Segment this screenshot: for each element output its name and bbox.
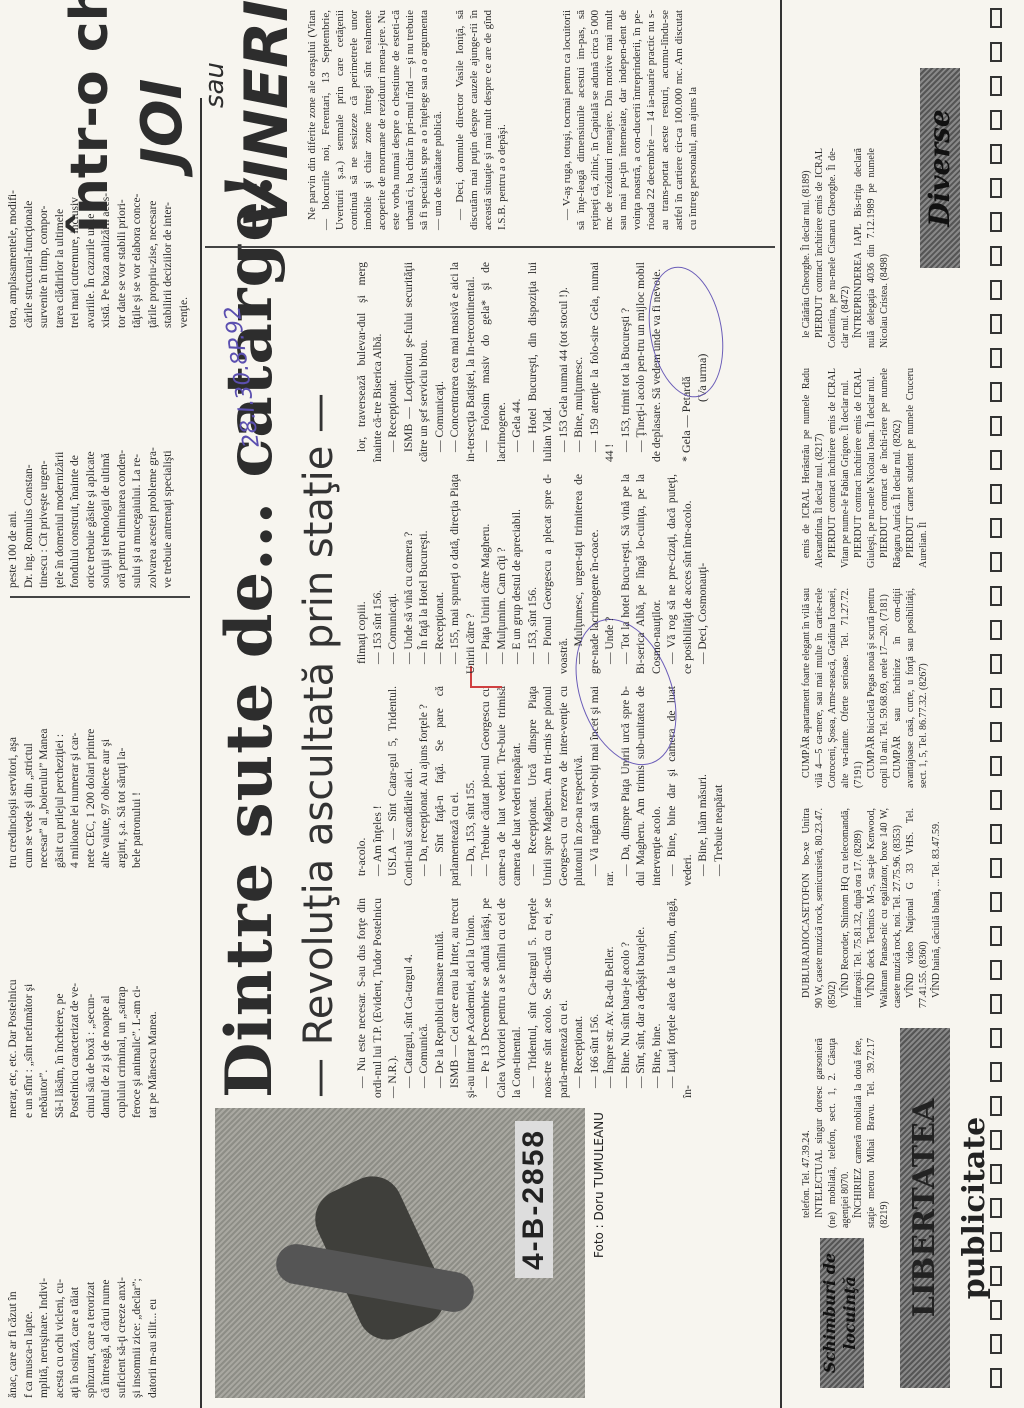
dialogue-line: — Deci, Cosmonauţi-: [696, 474, 712, 674]
text-line: ve trebuie antrenaţi specialişti: [161, 338, 177, 588]
article-subtitle: — Revoluţia ascultată prin staţie —: [296, 393, 342, 1098]
text-line: fondului construit, înainte de: [68, 338, 84, 588]
paragraph: Ne parvin din diferite zone ale oraşului…: [305, 10, 445, 230]
section-divider: [780, 0, 782, 1408]
ad-text: PIERDUT contract închiriere emis de ICRA…: [852, 368, 878, 568]
dialogue-line: — 166 sînt 156.: [588, 898, 604, 1098]
dialogue-line: — Da, 153, sînt 155.: [464, 686, 480, 886]
text-line: găsit cu prilejul percheziţiei :: [53, 608, 69, 868]
diverse-header: Diverse: [920, 68, 960, 268]
text-line: cinul său de boxă : „secun-: [84, 878, 100, 1118]
article-column-1: — Nu este necesar. S-au dus forţe din or…: [355, 898, 696, 1098]
text-line: spînzurat, care a terorizat: [84, 1128, 100, 1398]
text-line: ţele în domeniul modernizării: [53, 338, 69, 588]
text-line: argint, ş.a. Să tot săruţi la-: [115, 608, 131, 868]
dialogue-line: — 153 sînt 156.: [371, 474, 387, 674]
dialogue-line: — 159 atenţie la folo-sire Gela, numai 4…: [588, 262, 619, 462]
left-column-3: tru credincioşii servitori, aşa cum se v…: [6, 608, 196, 868]
dialogue-line: — Mulţumim. Cam cîţi ?: [495, 474, 511, 674]
schimburi-header: Schimburi de locuinţă: [820, 1238, 864, 1388]
dialogue-line: — Înspre str. Av. Ra-du Beller.: [603, 898, 619, 1098]
classifieds-col-5: le Cătărău Gheorghe. Îl declar nul. (818…: [800, 148, 891, 348]
dialogue-line: — Recepţionat.: [433, 474, 449, 674]
left-column-1: ănac, care ar fi căzut în f ca musca-n l…: [6, 1128, 196, 1398]
dialogue-line: — Am înţeles !: [371, 686, 387, 886]
text-line: feroce şi animalic”. L-am ci-: [130, 878, 146, 1118]
dialogue-line: — Luaţi forţele alea de la Union, dragă,…: [665, 898, 696, 1098]
column-divider: [205, 247, 775, 249]
photo-credit: Foto : Doru TUMULEANU: [592, 1112, 606, 1258]
text-line: tat pe Mănescu Manea.: [146, 878, 162, 1118]
article-column-3: filmaţi copiii. — 153 sînt 156. — Comuni…: [355, 474, 712, 674]
dialogue-line: — Sînt faţă-n faţă. Se pare că parlament…: [433, 686, 464, 886]
license-plate: 4-B-2858: [515, 1121, 553, 1278]
classifieds-col-3: CUMPĂR apartament foarte elegant în vilă…: [800, 588, 930, 788]
dialogue-line: filmaţi copiii.: [355, 474, 371, 674]
dialogue-line: — Piaţa Unirii către Magheru.: [479, 474, 495, 674]
text-line: şi insomnii zice: „declar”;: [130, 1128, 146, 1398]
dialogue-line: — Recepţionat.: [386, 262, 402, 462]
text-line: suficient să-ţi creeze anxi-: [115, 1128, 131, 1398]
right-article-column-1: Ne parvin din diferite zone ale oraşului…: [305, 10, 509, 230]
dialogue-line: — Tot la hotel Bucu-reşti. Să vină pe la…: [619, 474, 666, 674]
ad-text: INTELECTUAL singur doresc garsonieră (ne…: [813, 1038, 852, 1228]
dialogue-line: — Tridentul, sînt Ca-targul 5. Forţele n…: [526, 898, 573, 1098]
ad-text: telefon. Tel. 47.39.24.: [800, 1038, 813, 1228]
dialogue-line: — Pe 13 Decembrie se adună iarăşi, pe Ca…: [479, 898, 526, 1098]
text-line: 4 milioane lei numerar şi car-: [68, 608, 84, 868]
dialogue-line: — Da, recepţionat. Au ajuns forţele ?: [417, 686, 433, 886]
dialogue-line: ISMB — Cei care erau la Inter, au trecut…: [448, 898, 479, 1098]
dialogue-line: — De la Republicii masare multă.: [433, 898, 449, 1098]
dialogue-line: — Folosim masiv do gela* şi de lacrimoge…: [479, 262, 510, 462]
section-divider: [200, 98, 202, 1408]
classifieds-col-4: emis de ICRAL Herăstrău pe numele Radu A…: [800, 368, 930, 568]
dialogue-line: — Trebuie neapărat: [712, 686, 728, 886]
dialogue-line: — Nu este necesar. S-au dus forţe din or…: [355, 898, 402, 1098]
ad-text: CUMPĂR bicicletă Pegas nouă şi scurtă pe…: [865, 588, 891, 788]
text-line: datorii m-au silit... eu: [146, 1128, 162, 1398]
text-line: ănac, care ar fi căzut în: [6, 1128, 22, 1398]
column-divider: [10, 597, 190, 599]
dialogue-line: — Trebuie căutat pio-nul Georgescu cu ca…: [479, 686, 526, 886]
text-line: orice trebuie găsite şi aplicate: [84, 338, 100, 588]
ad-text: PIERDUT contract închiriere emis de ICRA…: [813, 148, 852, 348]
dialogue-line: — Comunicaţi.: [433, 262, 449, 462]
libertatea-header: LIBERTATEA publicitate: [900, 1028, 950, 1388]
ad-text: PIERDUT contract închiriere emis de ICRA…: [826, 368, 852, 568]
ad-text: PIERDUT carnet student pe numele Crucеru…: [904, 368, 930, 568]
text-line: alte valute, 97 obiecte aur şi: [99, 608, 115, 868]
text-line: zolvarea acestei probleme gra-: [146, 338, 162, 588]
right-article-column-2: — V-aş ruga, totuşi, tocmai pentru ca lo…: [560, 10, 700, 230]
headline-sau: sau: [200, 62, 230, 108]
article-photo: 4-B-2858: [215, 1108, 585, 1398]
text-line: nebăutor”.: [37, 878, 53, 1118]
dialogue-line: — E un grup destul de apreciabil.: [510, 474, 526, 674]
dialogue-line: — Comunicaţi.: [386, 474, 402, 674]
dialogue-line: — Mulţumesc, urgen-taţi trimiterea de gr…: [572, 474, 603, 674]
dialogue-line: — Sînt, sînt, dar a depăşit barajele.: [634, 898, 650, 1098]
dialogue-line: — Concentrarea cea mai masivă e aici la …: [448, 262, 479, 462]
ad-text: ÎNCHIRIEZ cameră mobilată la două fete, …: [852, 1038, 891, 1228]
dialogue-line: — Recepţionat. Urcă dinspre Piaţa Unirii…: [526, 686, 588, 886]
dialogue-line: — 153, trimit tot la Bucureşti ?: [619, 262, 635, 462]
ad-text: VÎND haină, căciulă blană, ... Tel. 83.4…: [930, 808, 943, 1008]
classifieds-col-1: telefon. Tel. 47.39.24. INTELECTUAL sing…: [800, 1038, 891, 1228]
dialogue-line: — Vă rog să ne pre-cizaţi, dacă puteţi, …: [665, 474, 696, 674]
text-line: tru credincioşii servitori, aşa: [6, 608, 22, 868]
newspaper-page: ănac, care ar fi căzut în f ca musca-n l…: [0, 0, 1024, 1408]
text-line: cum se vede şi din „strictul: [22, 608, 38, 868]
ad-text: ÎNTREPRINDEREA IAPL Bis-triţa declară nu…: [852, 148, 891, 348]
classifieds-col-2: DUBLURADIOCASETOFON bo-xe Unitra 90 W, c…: [800, 808, 943, 1008]
text-line: Postelnicu caracterizat de ve-: [68, 878, 84, 1118]
dialogue-line: — Hotel Bucureşti, din dispoziţia lui Iu…: [526, 262, 557, 462]
text-line: nete CEC, 1 200 dolari printre: [84, 608, 100, 868]
ad-text: CUMPĂR apartament foarte elegant în vilă…: [800, 588, 865, 788]
left-column-2: merar, etc, etc. Dar Postelnicu e un sfî…: [6, 878, 196, 1118]
dialogue-line: — Bine, luăm măsuri.: [696, 686, 712, 886]
dialogue-line: — În faţă la Hotel Bucureşti.: [417, 474, 433, 674]
dialogue-line: — Catargul, sînt Ca-targul 4.: [402, 898, 418, 1098]
text-line: tinescu : Cît priveşte urgen-: [37, 338, 53, 588]
text-line: soluţii şi tehnologii de ultimă: [99, 338, 115, 588]
text-line: că întreagă, al cărui nume: [99, 1128, 115, 1398]
text-line: f ca musca-n lapte.: [22, 1128, 38, 1398]
dialogue-line: — Unde să vină cu camera ?: [402, 474, 418, 674]
text-line: tora, amplasamentele, modifi-: [6, 108, 22, 328]
dialogue-line: tr-acolo.: [355, 686, 371, 886]
ad-text: VÎND deck Technics M-5, sta-ţie Kenwood,…: [865, 808, 904, 1008]
dialogue-line: USLA — Sînt Catar-gul 5, Tridentul. Cont…: [386, 686, 417, 886]
text-line: peste 100 de ani.: [6, 338, 22, 588]
dialogue-line: — Bine, bine.: [650, 898, 666, 1098]
text-line: survenite în timp, compor-: [37, 108, 53, 328]
left-column-4: peste 100 de ani. Dr. ing. Romulus Const…: [6, 338, 196, 588]
text-line: mplită, neruşinare. Indivi-: [37, 1128, 53, 1398]
ad-text: PIERDUT contract de închi-riere pe numel…: [878, 368, 904, 568]
text-line: dantul de zi şi de noapte al: [99, 878, 115, 1118]
ad-text: VÎND video Naţional G 33 VHS. Tel. 77.41…: [904, 808, 930, 1008]
text-line: Să-l lăsăm, în încheiere, pe: [53, 878, 69, 1118]
text-line: oră pentru eliminarea conden-: [115, 338, 131, 588]
text-line: cările structural-funcţionale: [22, 108, 38, 328]
paragraph: — V-aş ruga, totuşi, tocmai pentru ca lo…: [560, 10, 700, 230]
dialogue-line: — Gela 44.: [510, 262, 526, 462]
paragraph: — Deci, domnule director Vasile Ioniţă, …: [453, 10, 509, 230]
dialogue-line: — Pionul Georgescu a plecat spre d-voast…: [541, 474, 572, 674]
dialogue-line: ISMB — Locţiitorul şe-fului securităţii …: [402, 262, 433, 462]
ad-text: le Cătărău Gheorghe. Îl declar nul. (818…: [800, 148, 813, 348]
ad-text: CUMPĂR sau închiriez în con-diţii avanta…: [891, 588, 930, 788]
dialogue-line: — 153, sînt 156.: [526, 474, 542, 674]
headline-vineri: VINERI: [232, 0, 302, 228]
dialogue-line: — 155, mai spuneţi o dată, direcţia Piaţ…: [448, 474, 479, 674]
headline-joi: JOI: [130, 79, 195, 168]
dialogue-line: — Bine, mulţumesc.: [572, 262, 588, 462]
text-line: cuplului criminal, un „satrap: [115, 878, 131, 1118]
text-line: e un sfînt : „sînt nefumător şi: [22, 878, 38, 1118]
text-line: aţi în osinză, care a tăiat: [68, 1128, 84, 1398]
text-line: sului şi a mucegaiului. La re-: [130, 338, 146, 588]
dialogue-line: lor, traversează bulevar-dul şi merg îna…: [355, 262, 386, 462]
ad-text: VÎND Recorder, Shintom HQ cu telecomandă…: [839, 808, 865, 1008]
dialogue-line: — Comunică.: [417, 898, 433, 1098]
ad-text: emis de ICRAL Herăstrău pe numele Radu A…: [800, 368, 826, 568]
dialogue-line: — Bine. Nu sînt bara-je acolo ?: [619, 898, 635, 1098]
dialogue-line: — Unde ?: [603, 474, 619, 674]
text-line: bele patronului !: [130, 608, 146, 868]
dialogue-line: — Recepţionat.: [572, 898, 588, 1098]
text-line: necesar” al „boierului” Manea: [37, 608, 53, 868]
ad-text: DUBLURADIOCASETOFON bo-xe Unitra 90 W, c…: [800, 808, 839, 1008]
text-line: acesta cu ochi vicleni, cu-: [53, 1128, 69, 1398]
text-line: merar, etc, etc. Dar Postelnicu: [6, 878, 22, 1118]
text-line: Dr. ing. Romulus Constan-: [22, 338, 38, 588]
headline-chestiune: într-o chestiune: [60, 0, 120, 233]
dialogue-line: — 153 Gela numai 44 (tot stocul !).: [557, 262, 573, 462]
